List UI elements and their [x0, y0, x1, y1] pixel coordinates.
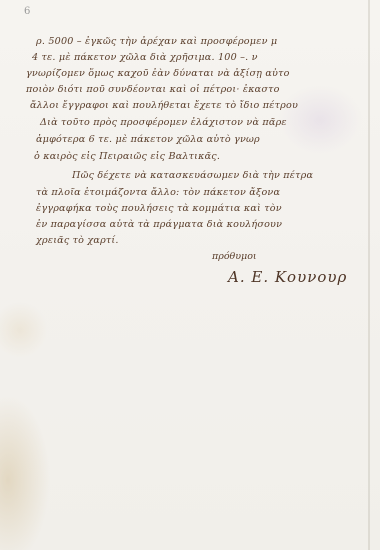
letter-line-13: χρειᾶς τὸ χαρτί. — [36, 235, 119, 246]
letter-line-2: 4 τε. μὲ πάκετον χῶλα διὰ χρῆσιμα. 100 –… — [32, 52, 258, 63]
letter-line-11: ἐγγραφήκα τοὺς πουλήσεις τὰ κομμάτια καὶ… — [36, 203, 282, 214]
letter-line-7: ἀμφότερα 6 τε. μὲ πάκετον χῶλα αὐτὸ γνωρ — [36, 134, 260, 145]
sign-off: πρόθυμοι — [212, 251, 257, 262]
letter-line-6: Διὰ τοῦτο πρὸς προσφέρομεν ἐλάχιστον νὰ … — [40, 117, 287, 128]
letter-page: 6 ρ. 5000 – ἐγκῶς τὴν ἀρέχαν καὶ προσφέρ… — [0, 0, 380, 550]
letter-line-12: ἐν παραγίσσα αὐτὰ τὰ πράγματα διὰ κουλήσ… — [36, 219, 282, 230]
letter-line-4: ποιὸν διότι ποῦ συνδέονται καὶ οἱ πέτροι… — [26, 84, 280, 95]
letter-line-1: ρ. 5000 – ἐγκῶς τὴν ἀρέχαν καὶ προσφέρομ… — [36, 36, 277, 47]
signature: Α. Ε. Κουνουρ — [228, 268, 347, 286]
letter-line-3: γνωρίζομεν ὅμως καχοῦ ἐὰν δύναται νὰ ἀξί… — [26, 68, 290, 79]
paper-fold — [368, 0, 370, 550]
letter-line-8: ὁ καιρὸς εἰς Πειραιῶς εἰς Βαλτικᾶς. — [34, 151, 220, 162]
page-number: 6 — [24, 6, 30, 17]
letter-line-9: Πῶς δέχετε νὰ κατασκευάσωμεν διὰ τὴν πέτ… — [72, 170, 313, 181]
letter-line-10: τὰ πλοῖα ἑτοιμάζοντα ἄλλο: τὸν πάκετον ἄ… — [36, 187, 280, 198]
letter-line-5: ἄλλοι ἔγγραφοι καὶ πουλήθεται ἔχετε τὸ ἴ… — [30, 100, 298, 111]
